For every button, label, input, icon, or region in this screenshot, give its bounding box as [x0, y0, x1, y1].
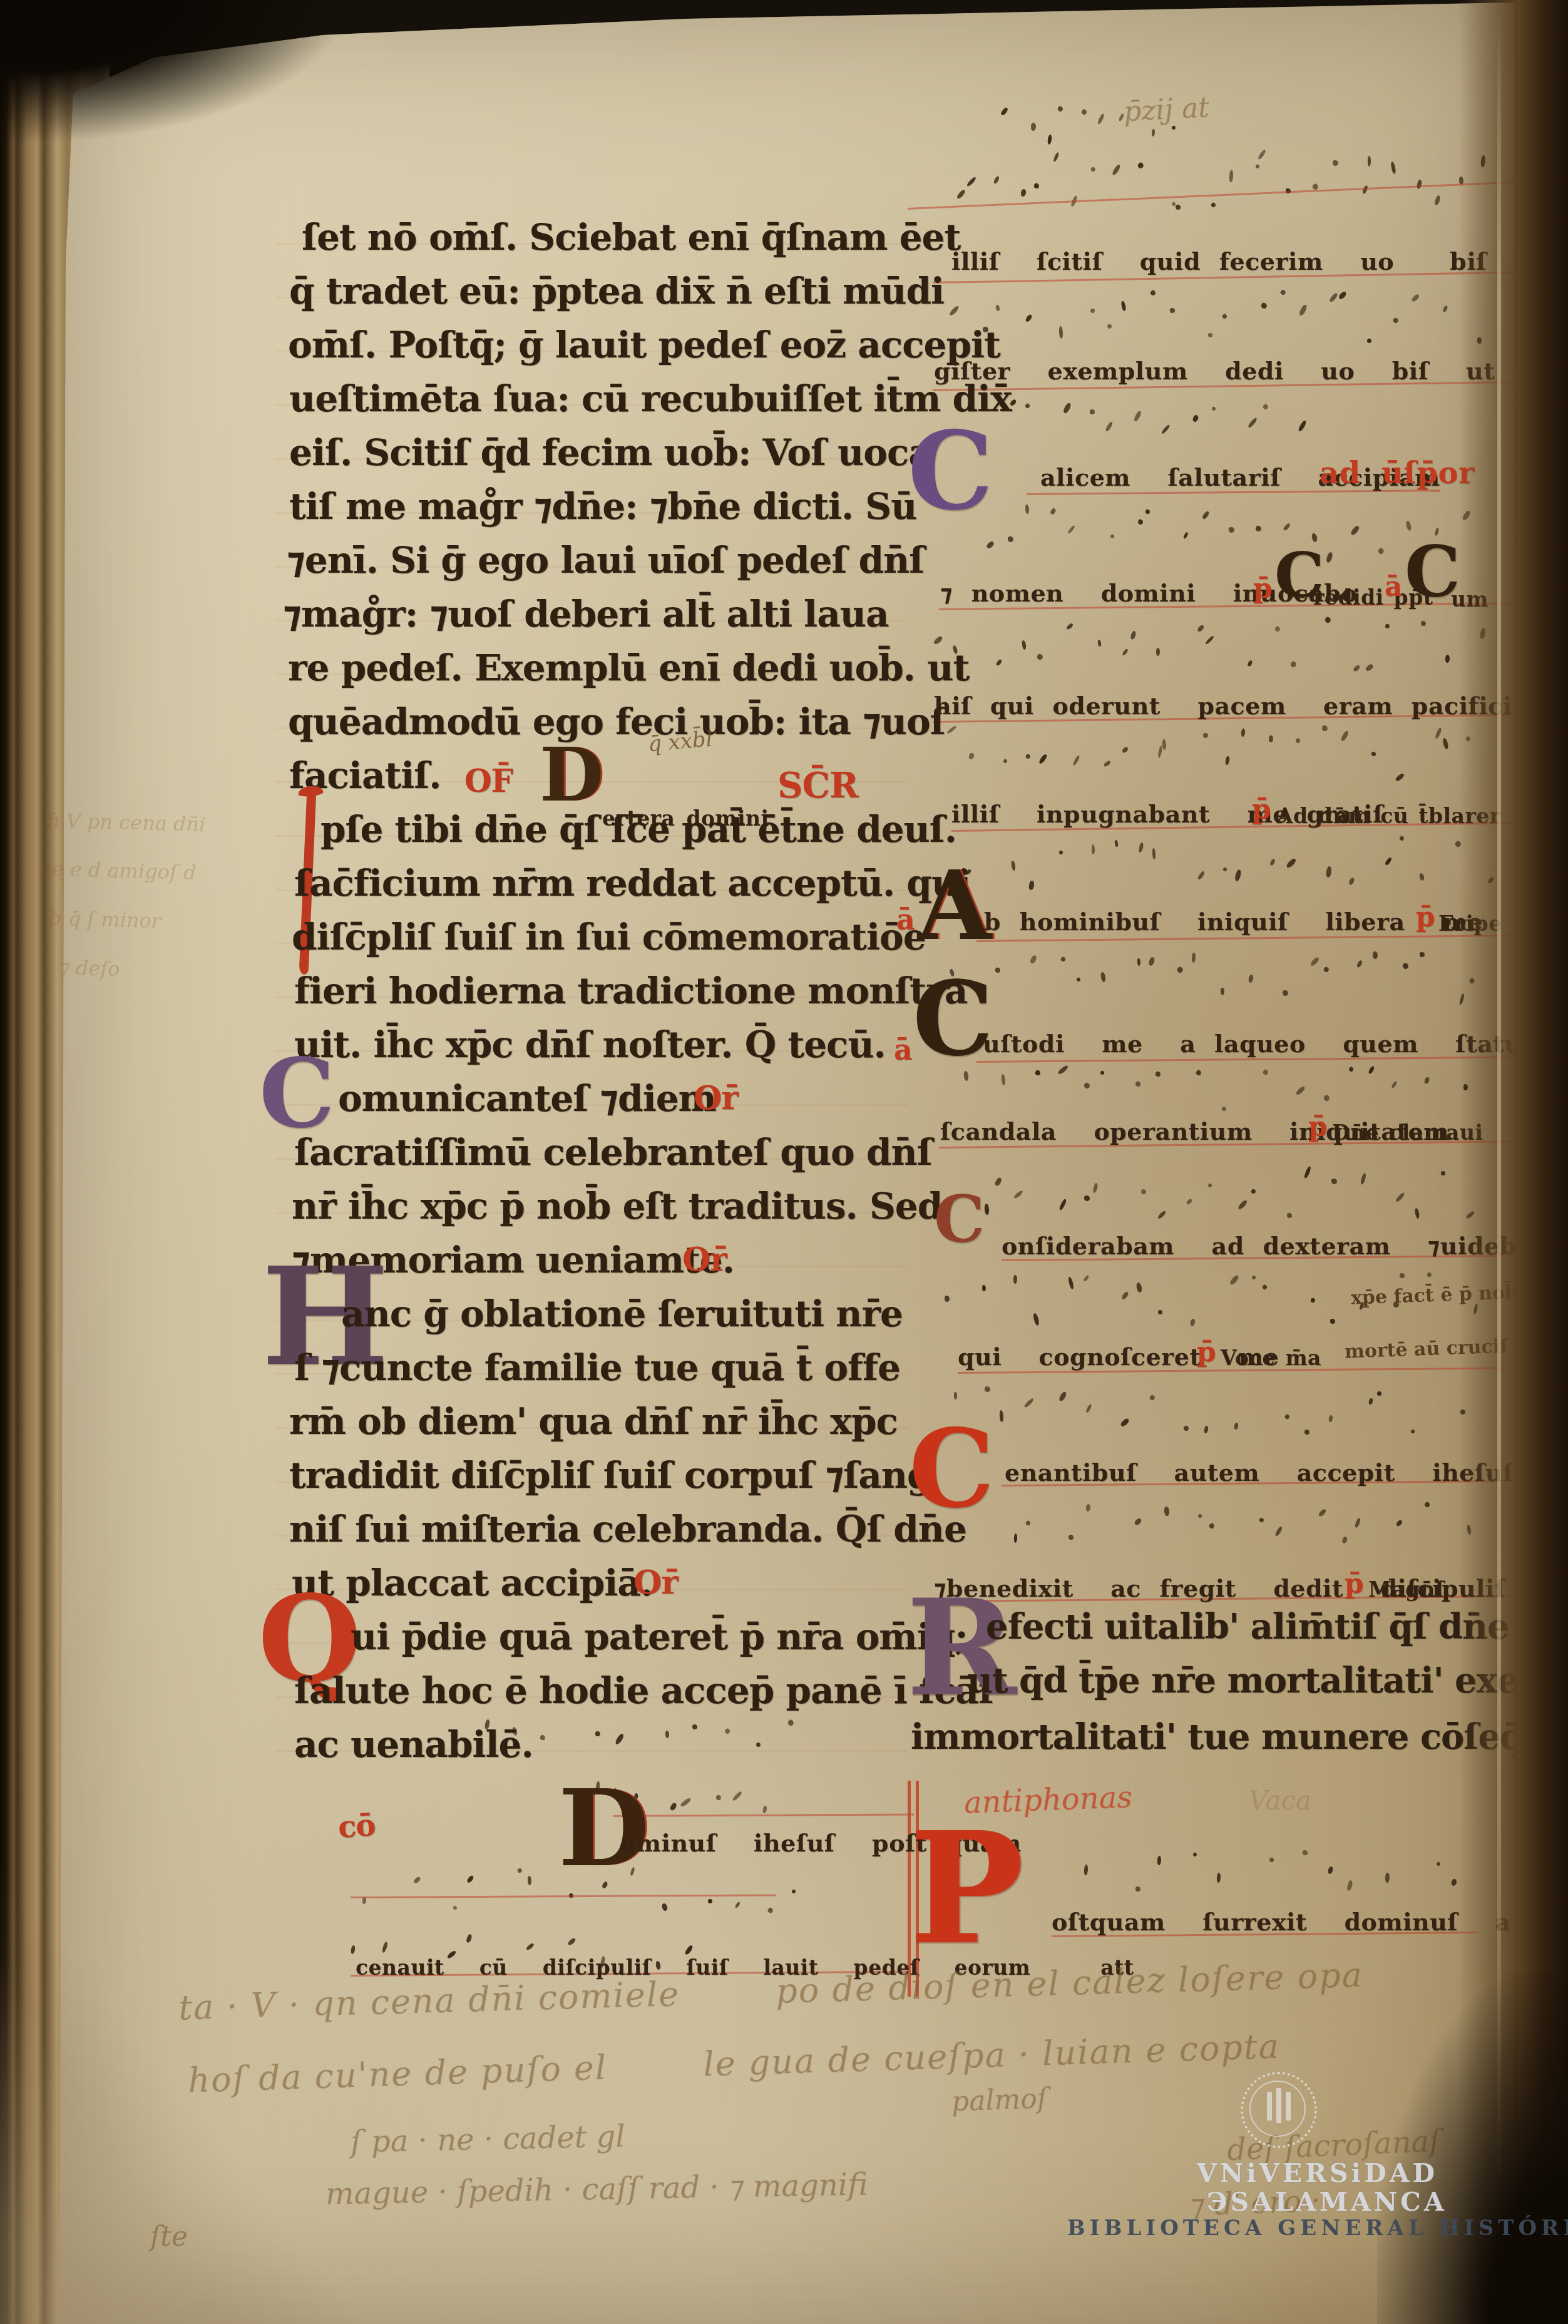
rubric-oratio-3: Or̄ [633, 1564, 678, 1602]
latin-line-8: ⁊mag̊r: ⁊uoſ deberi alt̄ alti laua [283, 593, 888, 635]
latin-line-27: ui p̄die quā pateret̄ p̄ nr̄a om̄iq̄; [351, 1615, 968, 1658]
bottom-cursive-4: ſ pa · ne · cadet gl [350, 2119, 625, 2159]
psalm-mark-4: p̄ [1308, 1111, 1328, 1143]
initial-c-calicem: C [908, 429, 993, 513]
seal-crest-bar [1276, 2088, 1281, 2123]
psalm-mark-3: p̄ [1416, 901, 1435, 933]
margin-cursive-3: b q̄ ſ minor [49, 906, 161, 933]
latin-line-18: ſacratiſſimū celebranteſ quo dn̄ſ [294, 1131, 932, 1174]
latin-line-15: fieri hodierna tradictione monſtra [294, 970, 967, 1012]
watermark-university-line1: VNiVERSiDAD [1197, 2158, 1438, 2188]
latin-line-4: ueſtimēta ſua: cū recubuiſſet it̄m dix̄ [289, 377, 1012, 420]
latin-line-12: pſe tibi dn̄e q̄ſ ſc̄e pat̄ ēt̄ne deuſ. [320, 808, 956, 851]
rubric-offertorium: OF̄ [464, 762, 513, 799]
latin-line-5: eiſ. Scitiſ q̄d fecim uob̄: Voſ uoca [289, 431, 931, 474]
gutter-bottom-shadow [1377, 1972, 1568, 2324]
latin-line-21: anc ḡ oblationē ſeruituti nr̄e [341, 1293, 903, 1335]
rubric-secreta: SC̄R [777, 765, 858, 806]
initial-c-comunicantes: C [259, 1057, 335, 1131]
latin-line-7: ⁊enī. Si ḡ ego laui uīoſ pedeſ dn̄ſ [287, 539, 924, 581]
university-seal-icon [1241, 2072, 1317, 2148]
rubric-communio: cō [337, 1808, 376, 1845]
latin-line-1: ſet nō om̄ſ. Sciebat enī q̄ſnam ēet [302, 216, 960, 259]
watermark-library-name: BIBLIOTECA GENERAL HISTÓRICA [1067, 2216, 1568, 2241]
folio-inscription: p̄zij at [1123, 91, 1210, 128]
psalm-mark-2: p̄ [1252, 794, 1271, 826]
margin-cursive-4: ⁊ deſo [59, 956, 121, 981]
photo-corner-shadow [0, 0, 351, 144]
latin-line-28: ſalute hoc ē hodie accep̄ panē ī ſcāſ [294, 1669, 993, 1712]
initial-c-custodi: C [913, 980, 993, 1059]
canticle-magnificat: Magn̄ſ [1368, 1577, 1445, 1602]
initial-p-postquam: P [909, 1829, 1024, 1948]
rubric-oratio-1: Or̄ [694, 1079, 738, 1117]
psalm-mark-6: p̄ [1345, 1568, 1364, 1600]
latin-line-25: niſ ſui miſteria celebranda. Q̄ſ dn̄e [289, 1508, 966, 1550]
rubric-oratio-2: Or̄ [682, 1241, 727, 1279]
bottom-cursive-8: ſte [150, 2221, 188, 2253]
latin-line-24: tradidit diſc̄pliſ ſuiſ corpuſ ⁊ſang̊ [289, 1454, 931, 1497]
initial-c-considerabam: C [934, 1195, 985, 1246]
seal-crest-bar [1286, 2092, 1291, 2121]
latin-line-10: quēadmodū ego feci uob̄: ita ⁊uoſ [288, 700, 945, 743]
latin-line-14: diſc̄pliſ ſuiſ in ſui cōmemoratiōe [292, 916, 926, 958]
antiphon-mark-2: ā [896, 903, 915, 936]
seal-crest-bar [1267, 2092, 1272, 2121]
rubric-ad-vesperos: ad ūſp̄or [1319, 456, 1475, 491]
bottom-cursive-3: palmoſ [951, 2082, 1048, 2117]
latin-line-17: omunicanteſ ⁊diem [338, 1077, 716, 1120]
note-vaca: Vaca [1249, 1785, 1311, 1816]
initial-c-cenantibus: C [909, 1427, 995, 1511]
latin-line-13: ſac̄ficium nr̄m reddat acceptū. qui [294, 862, 970, 904]
margin-cursive-1: n̄ V pn cena dn̄i [47, 809, 206, 837]
initial-a-ab-hominibus: A [918, 869, 992, 943]
page-edge-highlight [1497, 13, 1501, 2303]
latin-line-3: om̄ſ. Poſtq̄; ḡ lauit pedeſ eoz̄ accepit [288, 324, 1000, 366]
watermark-university-line2: ЭSALAMANCA [1207, 2187, 1447, 2217]
latin-line-2: q̄ tradet eū: p̄ptea dix̄ n̄ eſti mūdi [289, 270, 944, 312]
latin-line-9: re pedeſ. Exemplū enī dedi uob̄. ut [288, 647, 969, 689]
psalm-mark-5: p̄ [1197, 1336, 1216, 1368]
antiphon-mark-3: ā [894, 1033, 913, 1067]
initial-d-dextera: D [540, 746, 603, 804]
psalm-voce-mea: Voce m̄a [1221, 1346, 1321, 1370]
manuscript-photo: p̄zij at ſet nō om̄ſ. Sciebat enī q̄ſnam… [0, 0, 1568, 2324]
latin-line-6: tiſ me mag̊r ⁊dn̄e: ⁊bn̄e dicti. Sū [289, 485, 916, 528]
latin-line-19: nr̄ ih̄c xp̄c p̄ nob̄ eſt traditus. Sed [292, 1185, 942, 1227]
latin-line-23: rm̄ ob diem' qua dn̄ſ nr̄ ih̄c xp̄c [289, 1400, 898, 1443]
latin-line-22: ſ ⁊cuncte familie tue quā t̄ offe [294, 1346, 900, 1389]
margin-cursive-2: ne e d amigoſ d [39, 857, 197, 885]
latin-line-29: ac uenabilē. [294, 1723, 533, 1766]
latin-line-16: uit. ih̄c xp̄c dn̄ſ noſter. Q̄ tecū. [294, 1023, 886, 1066]
antiphon-mark-1: ā [1385, 571, 1403, 603]
psalm-mark-1: p̄ [1253, 573, 1273, 605]
